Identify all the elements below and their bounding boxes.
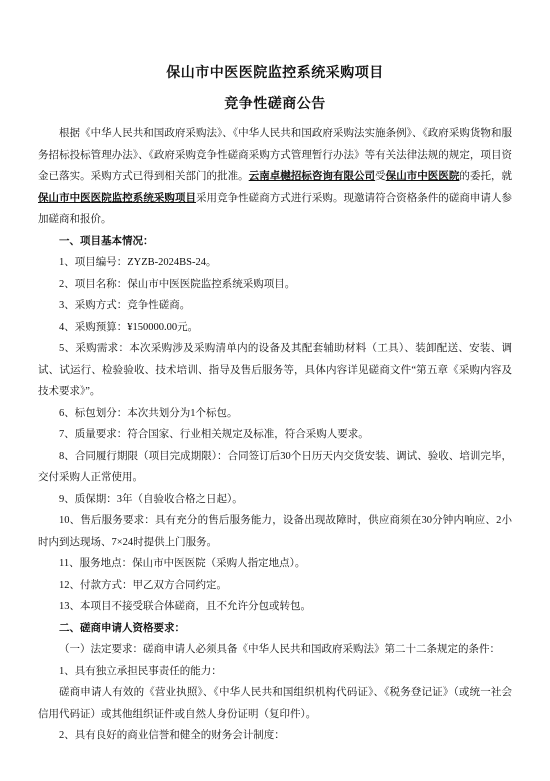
document-paragraph: 2、具有良好的商业信誉和健全的财务会计制度： (38, 725, 512, 747)
text-segment: 11、服务地点：保山市中医医院（采购人指定地点）。 (59, 558, 305, 569)
text-segment: 12、付款方式：甲乙双方合同约定。 (59, 580, 227, 591)
text-segment: 4、采购预算：¥150000.00元。 (59, 322, 198, 333)
document-paragraph: 4、采购预算：¥150000.00元。 (38, 317, 512, 339)
document-paragraph: 5、采购需求：本次采购涉及采购清单内的设备及其配套辅助材料（工具）、装卸配送、安… (38, 338, 512, 403)
document-paragraph: 8、合同履行期限（项目完成期限）：合同签订后30个日历天内交货安装、调试、验收、… (38, 446, 512, 489)
document-paragraph: 1、项目编号：ZYZB-2024BS-24。 (38, 252, 512, 274)
document-paragraph: 12、付款方式：甲乙双方合同约定。 (38, 575, 512, 597)
text-segment: 7、质量要求：符合国家、行业相关规定及标准，符合采购人要求。 (59, 429, 369, 440)
text-segment: 的委托，就 (459, 171, 512, 182)
text-segment: 磋商申请人有效的《营业执照》、《中华人民共和国组织机构代码证》、《税务登记证》（… (38, 687, 512, 720)
text-segment: 保山市中医医院监控系统采购项目 (38, 193, 196, 204)
text-segment: 3、采购方式：竞争性磋商。 (59, 300, 190, 311)
text-segment: 一、项目基本情况： (59, 236, 154, 247)
text-segment: 1、具有独立承担民事责任的能力： (59, 666, 222, 677)
document-paragraph: 2、项目名称：保山市中医医院监控系统采购项目。 (38, 274, 512, 296)
document-paragraph: 6、标包划分：本次共划分为1个标包。 (38, 403, 512, 425)
text-segment: 受 (375, 171, 386, 182)
document-paragraph: 7、质量要求：符合国家、行业相关规定及标准，符合采购人要求。 (38, 424, 512, 446)
document-paragraph: 根据《中华人民共和国政府采购法》、《中华人民共和国政府采购法实施条例》、《政府采… (38, 123, 512, 231)
document-paragraph: 13、本项目不接受联合体磋商，且不允许分包或转包。 (38, 596, 512, 618)
document-paragraph: 1、具有独立承担民事责任的能力： (38, 661, 512, 683)
document-title: 保山市中医医院监控系统采购项目 (38, 64, 512, 84)
text-segment: 9、质保期：3年（自验收合格之日起）。 (59, 494, 243, 505)
text-segment: 13、本项目不接受联合体磋商，且不允许分包或转包。 (59, 601, 311, 612)
document-subtitle: 竞争性磋商公告 (38, 95, 512, 115)
text-segment: 1、项目编号：ZYZB-2024BS-24。 (59, 257, 217, 268)
text-segment: 保山市中医医院 (386, 171, 460, 182)
text-segment: 2、具有良好的商业信誉和健全的财务会计制度： (59, 730, 285, 741)
text-segment: 8、合同履行期限（项目完成期限）：合同签订后30个日历天内交货安装、调试、验收、… (38, 451, 512, 484)
document-paragraph: 9、质保期：3年（自验收合格之日起）。 (38, 489, 512, 511)
text-segment: （一）法定要求：磋商申请人必须具备《中华人民共和国政府采购法》第二十二条规定的条… (59, 644, 500, 655)
document-body: 根据《中华人民共和国政府采购法》、《中华人民共和国政府采购法实施条例》、《政府采… (38, 123, 512, 747)
document-paragraph: 磋商申请人有效的《营业执照》、《中华人民共和国组织机构代码证》、《税务登记证》（… (38, 682, 512, 725)
text-segment: 云南卓樾招标咨询有限公司 (249, 171, 375, 182)
document-page: 保山市中医医院监控系统采购项目 竞争性磋商公告 根据《中华人民共和国政府采购法》… (0, 0, 550, 781)
section-heading: 二、磋商申请人资格要求： (38, 618, 512, 640)
document-paragraph: （一）法定要求：磋商申请人必须具备《中华人民共和国政府采购法》第二十二条规定的条… (38, 639, 512, 661)
text-segment: 6、标包划分：本次共划分为1个标包。 (59, 408, 238, 419)
text-segment: 2、项目名称：保山市中医医院监控系统采购项目。 (59, 279, 295, 290)
text-segment: 二、磋商申请人资格要求： (59, 623, 185, 634)
section-heading: 一、项目基本情况： (38, 231, 512, 253)
document-paragraph: 10、售后服务要求：具有充分的售后服务能力，设备出现故障时，供应商须在30分钟内… (38, 510, 512, 553)
text-segment: 10、售后服务要求：具有充分的售后服务能力，设备出现故障时，供应商须在30分钟内… (38, 515, 512, 548)
text-segment: 5、采购需求：本次采购涉及采购清单内的设备及其配套辅助材料（工具）、装卸配送、安… (38, 343, 512, 397)
document-paragraph: 3、采购方式：竞争性磋商。 (38, 295, 512, 317)
document-paragraph: 11、服务地点：保山市中医医院（采购人指定地点）。 (38, 553, 512, 575)
